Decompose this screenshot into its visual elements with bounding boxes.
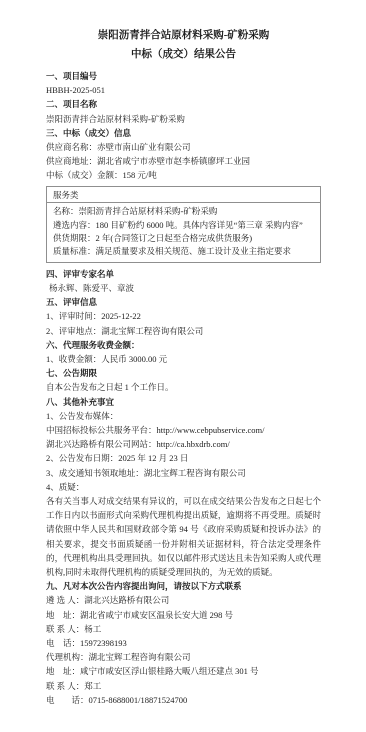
document-title-line1: 崇阳沥青拌合站原材料采购-矿粉采购 <box>46 26 321 45</box>
agency-address: 地 址：咸宁市咸安区浮山银桂路大畈八组还建点 301 号 <box>46 664 321 678</box>
supplier-name: 供应商名称：赤壁市南山矿业有限公司 <box>46 140 321 154</box>
table-row-name: 名称：崇阳沥青拌合站原材料采购-矿粉采购 <box>53 205 314 218</box>
section-contact: 九、凡对本次公告内容提出询问，请按以下方式联系 遴 选 人：湖北兴达路桥有限公司… <box>46 579 321 707</box>
section-heading: 七、公告期限 <box>46 366 321 380</box>
section-announcement-period: 七、公告期限 自本公告发布之日起 1 个工作日。 <box>46 366 321 394</box>
project-number-value: HBBH-2025-051 <box>46 83 321 97</box>
award-amount: 中标（成交）金额：158 元/吨 <box>46 168 321 182</box>
experts-list: 杨永辉、陈爱平、章波 <box>46 281 321 295</box>
agency-name: 代理机构：湖北宝辉工程咨询有限公司 <box>46 650 321 664</box>
section-heading: 四、评审专家名单 <box>46 267 321 281</box>
section-project-number: 一、项目编号 HBBH-2025-051 <box>46 69 321 97</box>
notice-pickup-address: 3、成交通知书领取地址：湖北宝辉工程咨询有限公司 <box>46 466 321 480</box>
section-heading: 二、项目名称 <box>46 97 321 111</box>
agency-phone: 电 话：0715-8688001/18871524700 <box>46 693 321 707</box>
service-table-header: 服务类 <box>47 187 320 204</box>
objection-label: 4、质疑： <box>46 480 321 494</box>
agency-contact: 联 系 人：郑工 <box>46 679 321 693</box>
media-label: 1、公告发布媒体： <box>46 409 321 423</box>
table-row-period: 供货期限：2 年(合同签订之日起至合格完成供货服务) <box>53 232 314 245</box>
section-heading: 一、项目编号 <box>46 69 321 83</box>
purchaser-phone: 电 话：15972398193 <box>46 636 321 650</box>
objection-paragraph: 各有关当事人对成交结果有异议的，可以在成交结果公告发布之日起七个工作日内以书面形… <box>46 494 321 579</box>
purchaser-name: 遴 选 人：湖北兴达路桥有限公司 <box>46 593 321 607</box>
project-name-value: 崇阳沥青拌合站原材料采购-矿粉采购 <box>46 112 321 126</box>
period-value: 自本公告发布之日起 1 个工作日。 <box>46 380 321 394</box>
supplier-address: 供应商地址：湖北省咸宁市赤壁市赵李桥镇廖坪工业园 <box>46 154 321 168</box>
table-row-quality: 质量标准：满足质量要求及相关规范、施工设计及业主指定要求 <box>53 245 314 258</box>
section-review-info: 五、评审信息 1、评审时间：2025-12-22 2、评审地点：湖北宝辉工程咨询… <box>46 295 321 338</box>
announcement-document: 崇阳沥青拌合站原材料采购-矿粉采购 中标（成交）结果公告 一、项目编号 HBBH… <box>0 0 366 732</box>
purchaser-contact: 联 系 人：杨工 <box>46 622 321 636</box>
purchaser-address: 地 址：湖北省咸宁市咸安区温泉长安大道 298 号 <box>46 608 321 622</box>
section-heading: 三、中标（成交）信息 <box>46 126 321 140</box>
section-heading: 八、其他补充事宜 <box>46 395 321 409</box>
document-title-block: 崇阳沥青拌合站原材料采购-矿粉采购 中标（成交）结果公告 <box>46 26 321 64</box>
section-experts: 四、评审专家名单 杨永辉、陈爱平、章波 <box>46 267 321 295</box>
publish-date: 2、公告发布日期：2025 年 12 月 23 日 <box>46 451 321 465</box>
review-place: 2、评审地点：湖北宝辉工程咨询有限公司 <box>46 324 321 338</box>
section-agency-fee: 六、代理服务收费金额： 1、收费金额：人民币 3000.00 元 <box>46 338 321 366</box>
section-project-name: 二、项目名称 崇阳沥青拌合站原材料采购-矿粉采购 <box>46 97 321 125</box>
document-title-line2: 中标（成交）结果公告 <box>46 45 321 64</box>
table-row-content: 遴选内容：180 目矿粉约 6000 吨。具体内容详见“第三章 采购内容” <box>53 219 314 232</box>
section-heading: 九、凡对本次公告内容提出询问，请按以下方式联系 <box>46 579 321 593</box>
media-platform-1: 中国招标投标公共服务平台：http://www.cebpubservice.co… <box>46 423 321 437</box>
service-table: 服务类 名称：崇阳沥青拌合站原材料采购-矿粉采购 遴选内容：180 目矿粉约 6… <box>46 186 321 263</box>
section-award-info: 三、中标（成交）信息 供应商名称：赤壁市南山矿业有限公司 供应商地址：湖北省咸宁… <box>46 126 321 263</box>
service-table-body: 名称：崇阳沥青拌合站原材料采购-矿粉采购 遴选内容：180 目矿粉约 6000 … <box>47 203 320 262</box>
fee-amount: 1、收费金额：人民币 3000.00 元 <box>46 352 321 366</box>
review-time: 1、评审时间：2025-12-22 <box>46 309 321 323</box>
media-platform-2: 湖北兴达路桥有限公司网站：http://ca.hbxdrb.com/ <box>46 437 321 451</box>
section-heading: 六、代理服务收费金额： <box>46 338 321 352</box>
section-supplementary: 八、其他补充事宜 1、公告发布媒体： 中国招标投标公共服务平台：http://w… <box>46 395 321 580</box>
section-heading: 五、评审信息 <box>46 295 321 309</box>
